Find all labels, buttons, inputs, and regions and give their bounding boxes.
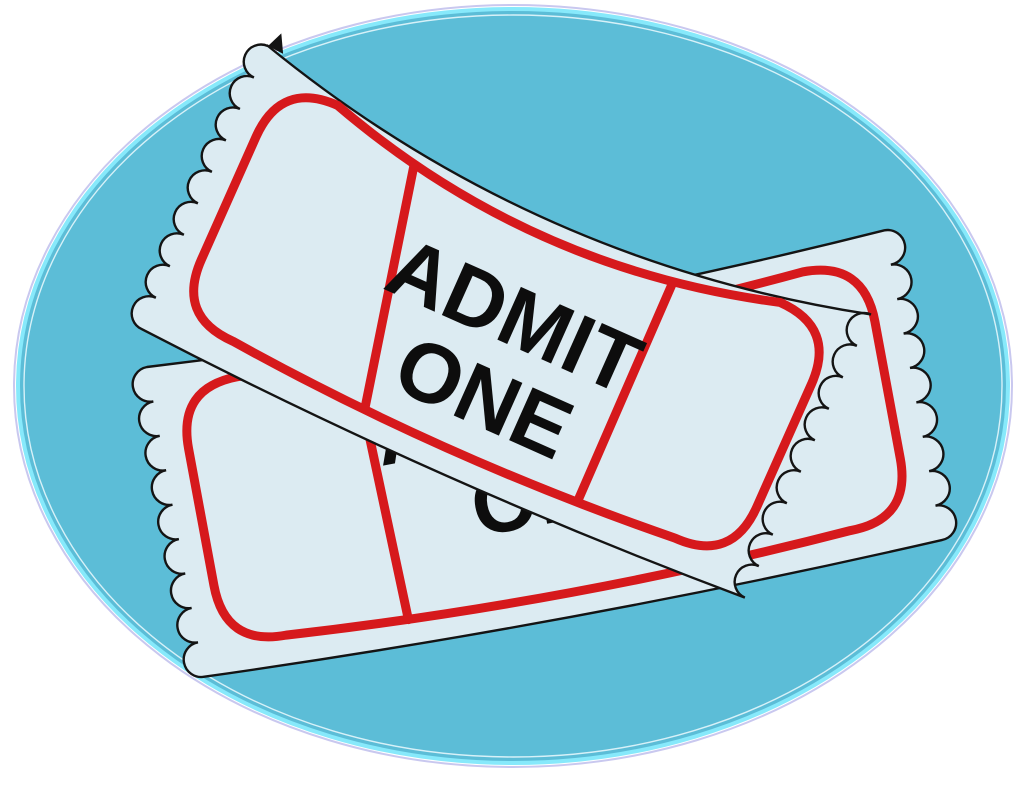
clipart-canvas: ADMIT ONE ADMIT ONE [0,0,1024,810]
admit-one-tickets-illustration: ADMIT ONE ADMIT ONE [0,0,1024,810]
